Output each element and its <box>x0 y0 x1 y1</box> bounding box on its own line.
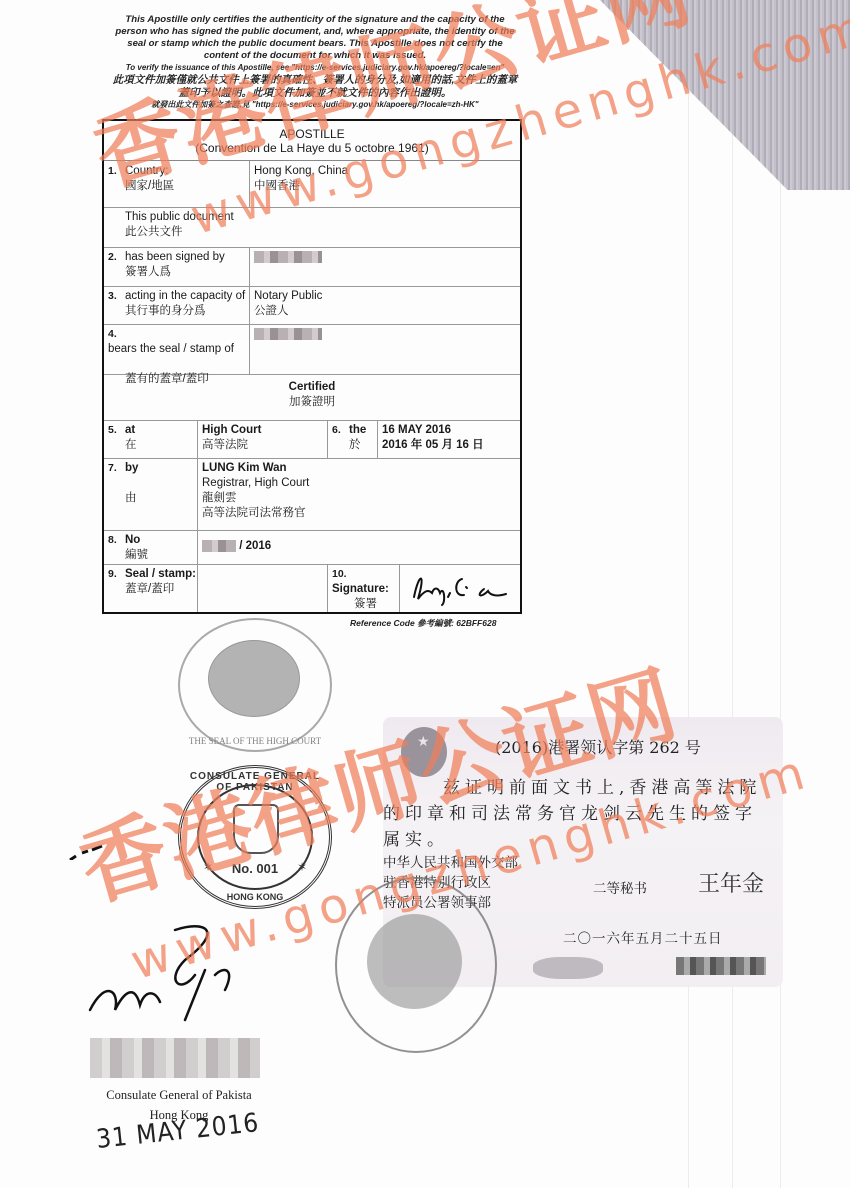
apostille-certificate: APOSTILLE (Convention de La Haye du 5 oc… <box>102 119 522 614</box>
row-public-document: This public document 此公共文件 <box>104 207 520 248</box>
field-number: 7. <box>108 461 125 476</box>
date-value-cn: 2016 年 05 月 16 日 <box>382 439 484 451</box>
legalization-ref: (2016)港署领认字第 262 号 <box>495 735 701 758</box>
date-label: the <box>349 423 366 438</box>
field-number: 9. <box>108 567 125 582</box>
redacted-serial-barcode <box>676 957 766 975</box>
country-value-cn: 中國香港 <box>254 180 300 192</box>
signed-by-label: has been signed by <box>125 250 225 265</box>
seal-of-label: bears the seal / stamp of <box>108 342 234 357</box>
field-number: 5. <box>108 423 125 438</box>
field-number: 1. <box>108 164 125 179</box>
at-value: High Court <box>202 424 261 436</box>
date-label-cn: 於 <box>349 438 361 453</box>
row-capacity: 3.acting in the capacity of 其行事的身分爲 Nota… <box>104 286 520 325</box>
reference-code: Reference Code 參考編號: 62BFF628 <box>350 617 496 629</box>
pen-mark-icon <box>40 820 120 860</box>
number-label-cn: 編號 <box>125 548 148 563</box>
number-value: / 2016 <box>239 540 271 552</box>
field-number: 3. <box>108 289 125 304</box>
prc-emblem-icon <box>401 727 447 777</box>
star-icon: ✶ <box>203 860 213 874</box>
high-court-seal-text: THE SEAL OF THE HIGH COURT <box>180 736 330 746</box>
scan-line <box>688 0 689 1188</box>
country-label-cn: 國家/地區 <box>125 179 174 194</box>
registrar-role-cn: 高等法院司法常務官 <box>202 507 306 519</box>
at-label-cn: 在 <box>125 438 137 453</box>
field-number: 8. <box>108 533 125 548</box>
folded-corner <box>600 0 850 190</box>
legalization-body: 兹证明前面文书上,香港高等法院的印章和司法常务官龙剑云先生的签字属实。 <box>383 775 778 853</box>
signature-label-cn: 簽署 <box>354 597 377 612</box>
row-by: 7.by 由 LUNG Kim Wan Registrar, High Cour… <box>104 458 520 531</box>
row-signed-by: 2.has been signed by 簽署人爲 <box>104 247 520 287</box>
notice-verify-en: To verify the issuance of this Apostille… <box>110 62 520 74</box>
redacted-number <box>202 540 236 552</box>
star-icon: ✶ <box>297 860 307 874</box>
pakistan-crest-icon <box>233 804 279 854</box>
legalization-date: 二〇一六年五月二十五日 <box>563 927 723 947</box>
notice-verify-cn: 就發出此文件加簽之查證,見 "https://e-services.judici… <box>110 99 520 111</box>
row-at-date: 5.at 在 High Court 高等法院 6.the 於 16 MAY 20… <box>104 420 520 459</box>
certified-label: Certified <box>104 380 520 395</box>
registrar-signature-icon <box>404 567 519 607</box>
certified-label-cn: 加簽證明 <box>104 395 520 410</box>
redacted-signer-name <box>254 251 322 263</box>
official-signature: 王年金 <box>698 867 764 898</box>
row-seal-signature: 9.Seal / stamp: 蓋章/蓋印 10.Signature: 簽署 <box>104 564 520 612</box>
date-value: 16 MAY 2016 <box>382 424 451 436</box>
row-certified: Certified 加簽證明 <box>104 374 520 421</box>
high-court-seal: THE SEAL OF THE HIGH COURT <box>178 618 332 752</box>
pakistan-consulate-seal: CONSULATE GENERAL OF PAKISTAN No. 001 ✶ … <box>178 765 332 909</box>
apostille-title: APOSTILLE <box>104 127 520 141</box>
field-number: 10. <box>332 567 354 582</box>
number-label: No <box>125 533 140 548</box>
sticker-crest-icon <box>533 957 603 979</box>
by-label-cn: 由 <box>125 491 137 506</box>
scan-line <box>732 0 733 1188</box>
seal-stamp-area <box>197 564 327 612</box>
registrar-name-cn: 龍劍雲 <box>202 492 237 504</box>
registrar-role: Registrar, High Court <box>202 477 309 489</box>
apostille-notice: This Apostille only certifies the authen… <box>110 14 520 111</box>
prc-emblem-icon <box>367 914 462 1009</box>
bauhinia-emblem-icon <box>208 640 300 717</box>
pakistan-seal-bottom-text: HONG KONG <box>181 892 329 902</box>
field-number: 2. <box>108 250 125 265</box>
country-value: Hong Kong, China <box>254 165 348 177</box>
notice-cn: 此項文件加簽僅就公共文件上簽署的真確性、簽署人的身分及,如適用的話,文件上的蓋章… <box>110 74 520 99</box>
official-title: 二等秘书 <box>593 877 647 897</box>
consul-signature-icon <box>85 920 265 1030</box>
field-number: 6. <box>332 423 349 438</box>
document-page: This Apostille only certifies the authen… <box>0 0 850 1188</box>
org-line-1: 中华人民共和国外交部 <box>383 853 518 873</box>
signature-label: Signature: <box>332 582 389 597</box>
pakistan-seal-top-text: CONSULATE GENERAL OF PAKISTAN <box>181 771 329 793</box>
row-country: 1.Country: 國家/地區 Hong Kong, China 中國香港 <box>104 161 520 208</box>
redacted-official-name <box>90 1038 260 1078</box>
capacity-label-cn: 其行事的身分爲 <box>125 304 206 319</box>
prc-commissioner-seal <box>335 877 497 1053</box>
seal-stamp-label: Seal / stamp: <box>125 567 196 582</box>
redacted-seal-owner <box>254 328 322 340</box>
capacity-label: acting in the capacity of <box>125 289 245 304</box>
by-label: by <box>125 461 138 476</box>
row-seal-of: 4.bears the seal / stamp of 蓋有的蓋章/蓋印 <box>104 324 520 375</box>
capacity-value-cn: 公證人 <box>254 305 289 317</box>
signature-area <box>399 564 520 612</box>
at-value-cn: 高等法院 <box>202 439 248 451</box>
capacity-value: Notary Public <box>254 290 322 302</box>
country-label: Country: <box>125 164 168 179</box>
field-number: 4. <box>108 327 125 342</box>
seal-stamp-label-cn: 蓋章/蓋印 <box>125 582 174 597</box>
at-label: at <box>125 423 135 438</box>
public-document-label: This public document <box>125 211 234 223</box>
public-document-label-cn: 此公共文件 <box>125 226 183 238</box>
notice-en: This Apostille only certifies the authen… <box>110 14 520 62</box>
apostille-header: APOSTILLE (Convention de La Haye du 5 oc… <box>104 121 520 161</box>
registrar-name: LUNG Kim Wan <box>202 462 287 474</box>
row-number: 8.No 編號 / 2016 <box>104 530 520 565</box>
consulate-name: Consulate General of Pakista <box>94 1085 264 1105</box>
signed-by-label-cn: 簽署人爲 <box>125 265 171 280</box>
apostille-subtitle: (Convention de La Haye du 5 octobre 1961… <box>104 141 520 155</box>
